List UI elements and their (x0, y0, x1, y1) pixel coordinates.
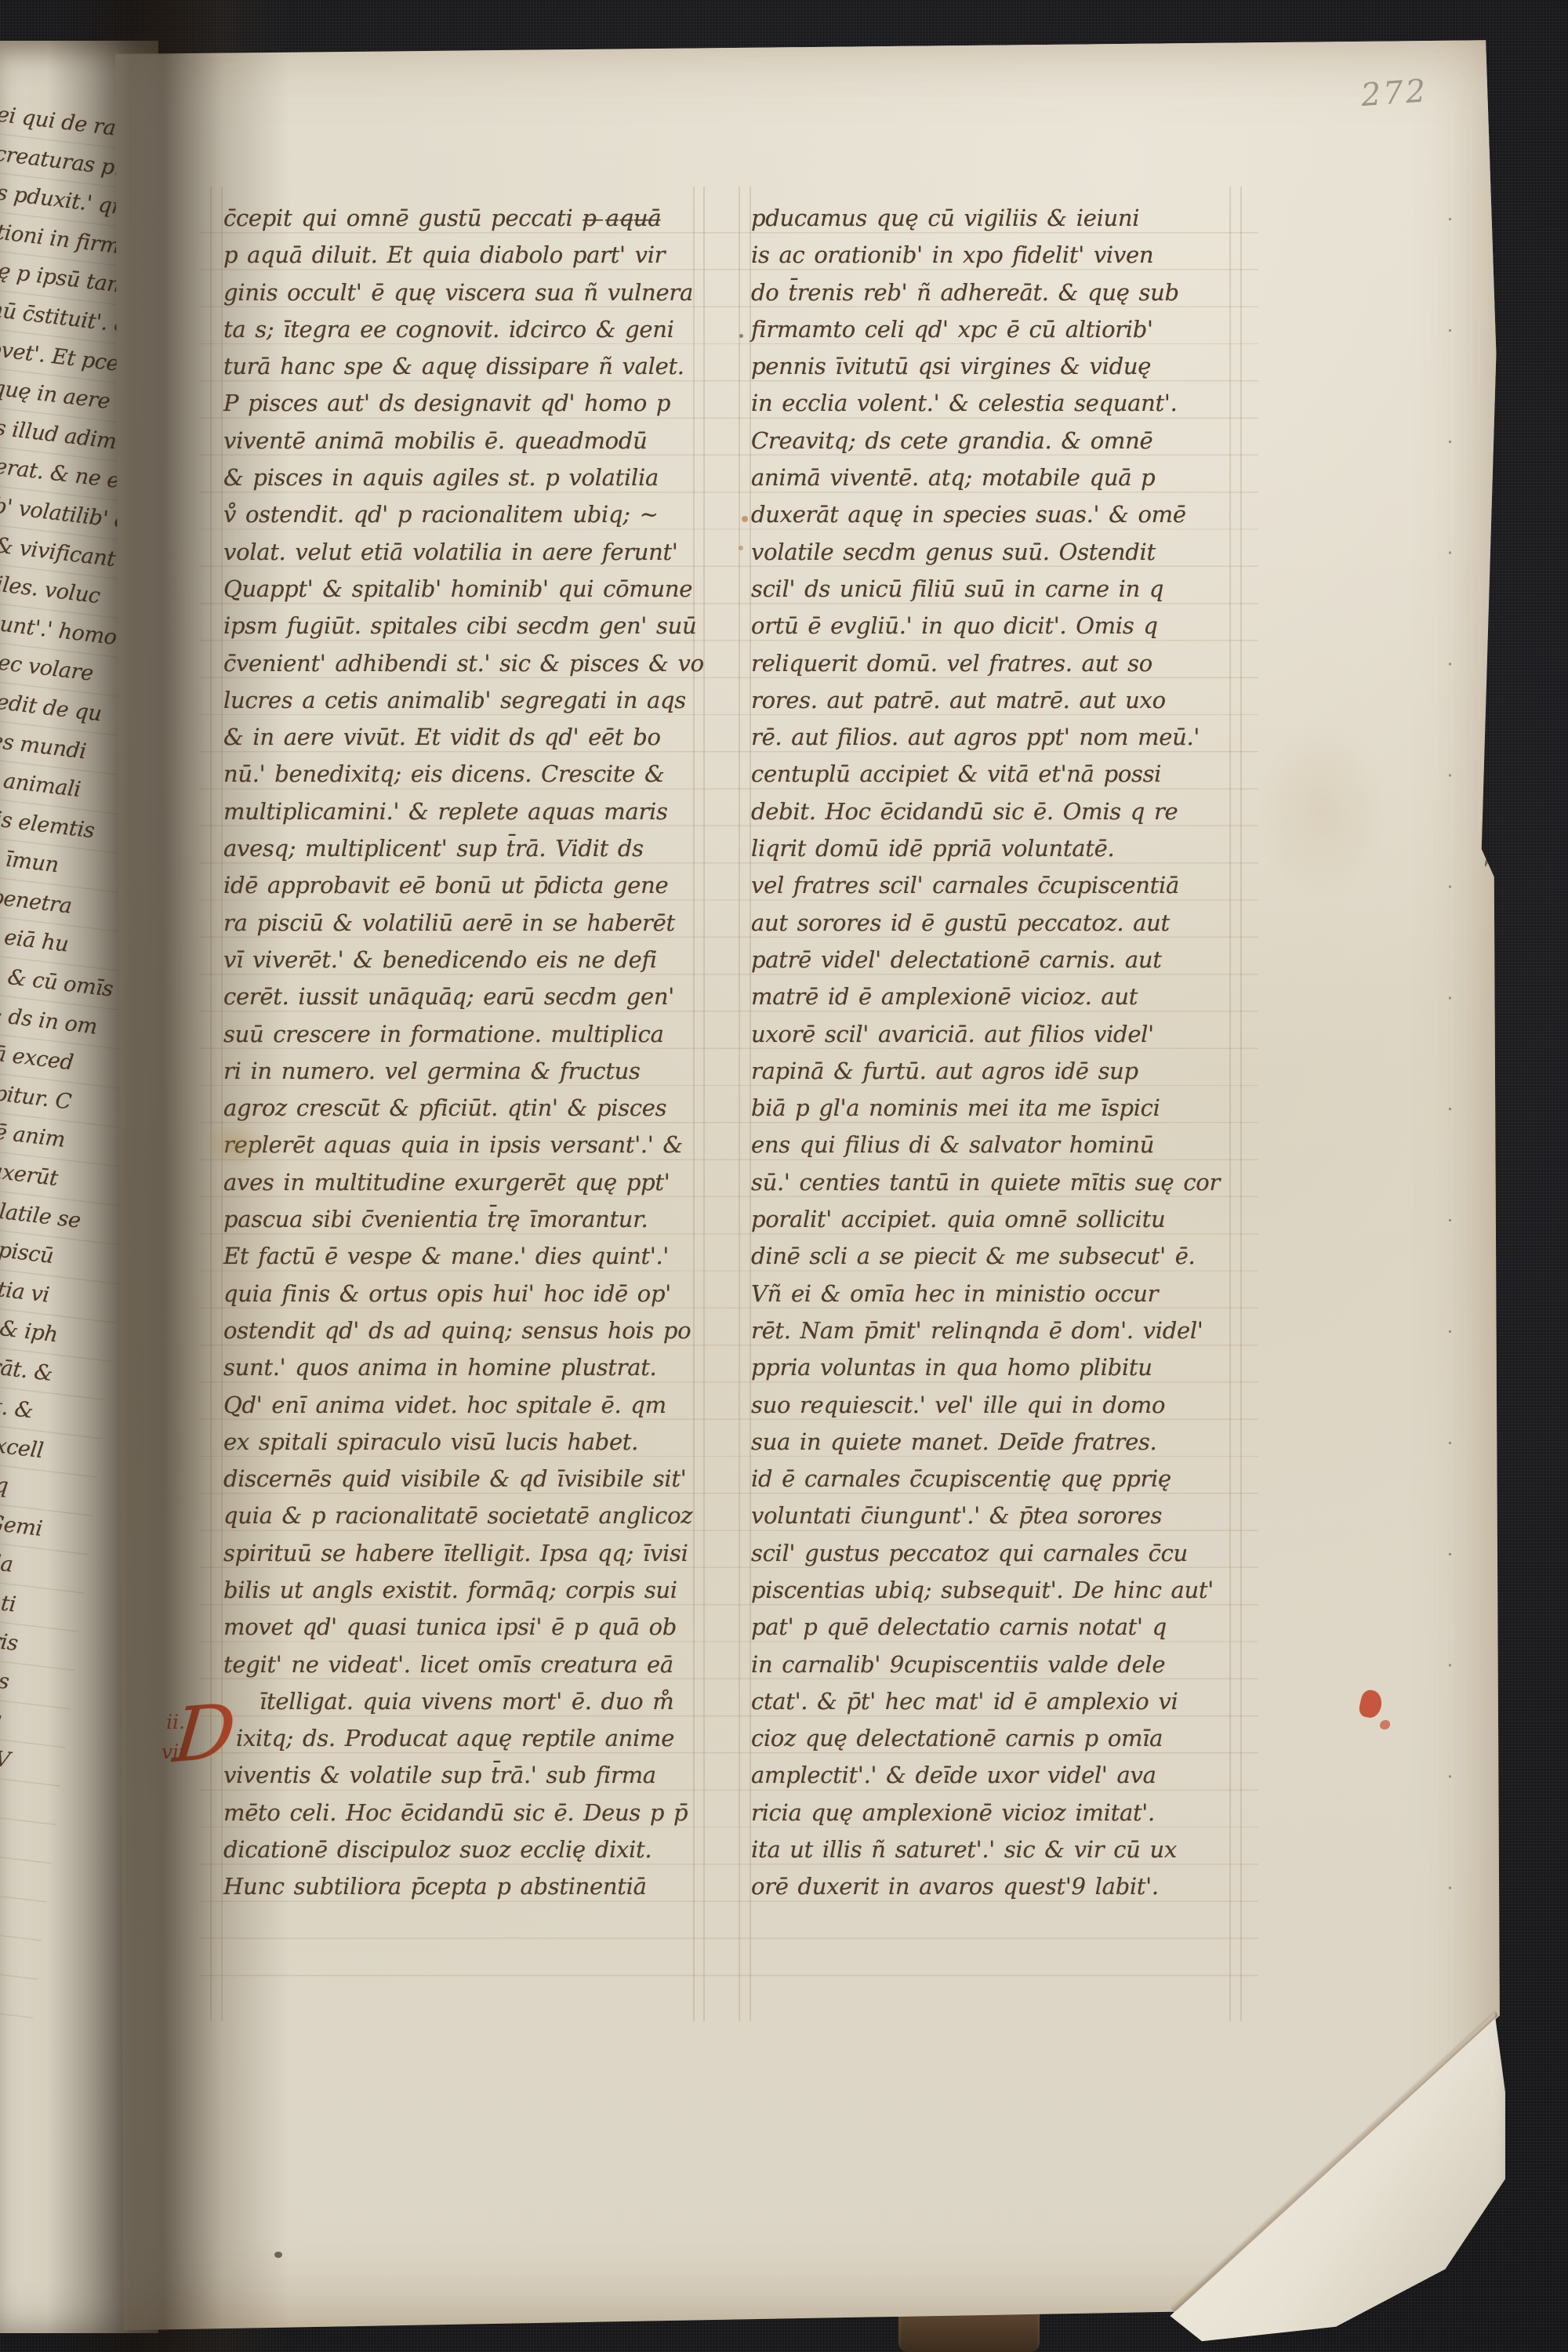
ink-speck (274, 2252, 282, 2258)
manuscript-line: in carnalib' 9cupiscentiis valde dele (751, 1646, 1231, 1683)
pricking-holes (1449, 218, 1451, 1966)
manuscript-line: pascua sibi c̄venientia t̄rę īmorantur. (223, 1201, 694, 1238)
manuscript-line: biā p gl'a nominis mei ita me īspici (751, 1090, 1231, 1127)
manuscript-line: ipsm fugiūt. spitales cibi secdm gen' su… (223, 608, 694, 644)
text-column-left: c̄cepit qui omnē gustū peccati p̶ ̶a̶q̶u… (223, 200, 694, 1906)
manuscript-line: pennis īvitutū qsi virgines & viduę (751, 348, 1231, 385)
manuscript-line: ra pisciū & volatiliū aerē in se haberēt (223, 905, 694, 942)
manuscript-line: avesq; multiplicent' sup t̄rā. Vidit ds (223, 830, 694, 867)
ruling-vertical-line (739, 187, 740, 2021)
parchment-stain (204, 1123, 267, 1167)
manuscript-line: p aquā diluit. Et quia diabolo part' vir (223, 237, 694, 274)
chapter-numeral: vii (162, 1742, 185, 1762)
manuscript-line: nū.' benedixitq; eis dicens. Crescite & (223, 756, 694, 793)
manuscript-line: Et factū ē vespe & mane.' dies quint'.' (223, 1238, 694, 1275)
manuscript-line: & in aere vivūt. Et vidit ds qd' eēt bo (223, 719, 694, 756)
manuscript-line: Creavitq; ds cete grandia. & omnē (751, 423, 1231, 459)
manuscript-line: rapinā & furtū. aut agros idē sup (751, 1053, 1231, 1090)
pigment-speck (742, 516, 748, 522)
manuscript-line: agroz crescūt & pficiūt. qtin' & pisces (223, 1090, 694, 1127)
manuscript-line: ita ut illis ñ saturet'.' sic & vir cū u… (751, 1831, 1231, 1868)
manuscript-line: & pisces in aquis agiles st. p volatilia (223, 459, 694, 496)
photo-background: ei qui de ramis acreaturas primilis pdux… (0, 0, 1568, 2352)
manuscript-line: Qd' enī anima videt. hoc spitale ē. qm (223, 1387, 694, 1424)
manuscript-line: ppria voluntas in qua homo plibitu (751, 1349, 1231, 1386)
manuscript-line: v̊ ostendit. qd' p racionalitem ubiq; ~ (223, 496, 694, 533)
manuscript-line: dicationē discipuloz suoz ecclię dixit. (223, 1831, 694, 1868)
manuscript-line: do t̄renis reb' ñ adhereāt. & quę sub (751, 274, 1231, 311)
manuscript-line: uxorē scil' avariciā. aut filios videl' (751, 1016, 1231, 1053)
manuscript-line: liqrit domū idē ppriā voluntatē. (751, 830, 1231, 867)
manuscript-line: pat' p quē delectatio carnis notat' q (751, 1609, 1231, 1646)
manuscript-line: piscentias ubiq; subsequit'. De hinc aut… (751, 1572, 1231, 1609)
manuscript-line: sū.' centies tantū in quiete mītis suę c… (751, 1164, 1231, 1201)
red-pigment-speck (1380, 1720, 1390, 1730)
manuscript-line: centuplū accipiet & vitā et'nā possi (751, 756, 1231, 793)
red-pigment-stain (1358, 1689, 1385, 1720)
manuscript-line: replerēt aquas quia in ipsis versant'.' … (223, 1127, 694, 1163)
manuscript-line: rores. aut patrē. aut matrē. aut uxo (751, 682, 1231, 719)
manuscript-line: ixitq; ds. Producat aquę reptile anime (236, 1720, 694, 1757)
manuscript-line: matrē id ē amplexionē vicioz. aut (751, 978, 1231, 1015)
pigment-speck (739, 546, 743, 550)
manuscript-line: aut sorores id ē gustū peccatoz. aut (751, 905, 1231, 942)
manuscript-line: id ē carnales c̄cupiscentię quę pprię (751, 1461, 1231, 1497)
text-column-right: pducamus quę cū vigiliis & ieiuniis ac o… (751, 200, 1231, 1906)
manuscript-line: suo requiescit.' vel' ille qui in domo (751, 1387, 1231, 1424)
manuscript-line: lucres a cetis animalib' segregati in aq… (223, 682, 694, 719)
manuscript-line: ostendit qd' ds ad quinq; sensus hois po (223, 1312, 694, 1349)
ruling-vertical-line (1240, 187, 1242, 2021)
manuscript-line: ens qui filius di & salvator hominū (751, 1127, 1231, 1163)
manuscript-line: ri in numero. vel germina & fructus (223, 1053, 694, 1090)
manuscript-line: multiplicamini.' & replete aquas maris (223, 793, 694, 830)
manuscript-line: Hunc subtiliora p̄cepta p abstinentiā (223, 1868, 694, 1905)
manuscript-line: pducamus quę cū vigiliis & ieiuni (751, 200, 1231, 237)
manuscript-line: Quappt' & spitalib' hominib' qui cōmune (223, 571, 694, 608)
manuscript-line: movet qd' quasi tunica ipsi' ē p quā ob (223, 1609, 694, 1646)
manuscript-line: P pisces aut' ds designavit qd' homo p (223, 385, 694, 422)
edge-tear (1483, 848, 1492, 867)
manuscript-line: vel fratres scil' carnales c̄cupiscentiā (751, 867, 1231, 904)
manuscript-line: voluntati c̄iungunt'.' & p̄tea sorores (751, 1497, 1231, 1534)
manuscript-line: spirituū se habere ītelligit. Ipsa qq; ī… (223, 1535, 694, 1572)
manuscript-line: rēt. Nam p̄mit' relinqnda ē dom'. videl' (751, 1312, 1231, 1349)
manuscript-line: volat. velut etiā volatilia in aere feru… (223, 534, 694, 571)
manuscript-line: volatile secdm genus suū. Ostendit (751, 534, 1231, 571)
manuscript-line: idē approbavit eē bonū ut p̄dicta gene (223, 867, 694, 904)
manuscript-line: mēto celi. Hoc ēcidandū sic ē. Deus p p̄ (223, 1795, 694, 1831)
margin-dot (739, 334, 743, 338)
manuscript-page: 272 c̄cepit qui omnē gustū peccati p̶ ̶a… (110, 30, 1505, 2344)
manuscript-line: dinē scli a se piecit & me subsecut' ē. (751, 1238, 1231, 1275)
manuscript-line: ītelligat. quia vivens mort' ē. duo m̊ (260, 1683, 694, 1720)
manuscript-line: patrē videl' delectationē carnis. aut (751, 942, 1231, 978)
manuscript-line: turā hanc spe & aquę dissipare ñ valet. (223, 348, 694, 385)
manuscript-line: is ac orationib' in xpo fidelit' viven (751, 237, 1231, 274)
manuscript-line: duxerāt aquę in species suas.' & omē (751, 496, 1231, 533)
ruling-vertical-line (703, 187, 705, 2021)
manuscript-line: ctat'. & p̄t' hec mat' id ē amplexio vi (751, 1683, 1231, 1720)
manuscript-line: scil' gustus peccatoz qui carnales c̄cu (751, 1535, 1231, 1572)
manuscript-line: cerēt. iussit unāquāq; earū secdm gen' (223, 978, 694, 1015)
manuscript-line: quia & p racionalitatē societatē anglico… (223, 1497, 694, 1534)
manuscript-line: vī viverēt.' & benedicendo eis ne defi (223, 942, 694, 978)
manuscript-line: ta s; ītegra ee cognovit. idcirco & geni (223, 311, 694, 348)
manuscript-line: Vñ ei & omīa hec in ministio occur (751, 1276, 1231, 1312)
red-initial-d: D (169, 1680, 234, 1795)
manuscript-line: rē. aut filios. aut agros ppt' nom meū.' (751, 719, 1231, 756)
manuscript-line: in ecclia volent.' & celestia sequant'. (751, 385, 1231, 422)
manuscript-line: firmamto celi qd' xpc ē cū altiorib' (751, 311, 1231, 348)
folio-number: 272 (1359, 73, 1428, 114)
manuscript-line: cioz quę delectationē carnis p omīa (751, 1720, 1231, 1757)
manuscript-line: debit. Hoc ēcidandū sic ē. Omis q re (751, 793, 1231, 830)
manuscript-line: sunt.' quos anima in homine plustrat. (223, 1349, 694, 1386)
manuscript-line: amplectit'.' & deīde uxor videl' ava (751, 1757, 1231, 1794)
manuscript-line: ginis occult' ē quę viscera sua ñ vulner… (223, 274, 694, 311)
manuscript-line: aves in multitudine exurgerēt quę ppt' (223, 1164, 694, 1201)
manuscript-line: viventē animā mobilis ē. queadmodū (223, 423, 694, 459)
manuscript-line: c̄cepit qui omnē gustū peccati p̶ ̶a̶q̶u… (223, 200, 694, 237)
manuscript-line: animā viventē. atq; motabile quā p (751, 459, 1231, 496)
manuscript-line: scil' ds unicū filiū suū in carne in q (751, 571, 1231, 608)
manuscript-line: bilis ut angls existit. formāq; corpis s… (223, 1572, 694, 1609)
manuscript-line: orē duxerit in avaros quest'9 labit'. (751, 1868, 1231, 1905)
manuscript-line: ricia quę amplexionē vicioz imitat'. (751, 1795, 1231, 1831)
manuscript-line: viventis & volatile sup t̄rā.' sub firma (223, 1757, 694, 1794)
manuscript-line: ex spitali spiraculo visū lucis habet. (223, 1424, 694, 1461)
manuscript-line: ortū ē evgliū.' in quo dicit'. Omis q (751, 608, 1231, 644)
manuscript-line: reliquerit domū. vel fratres. aut so (751, 645, 1231, 682)
manuscript-line: c̄venient' adhibendi st.' sic & pisces &… (223, 645, 694, 682)
parchment-foxing (1254, 720, 1388, 900)
manuscript-line: poralit' accipiet. quia omnē sollicitu (751, 1201, 1231, 1238)
manuscript-line: discernēs quid visibile & qd īvisibile s… (223, 1461, 694, 1497)
manuscript-line: sua in quiete manet. Deīde fratres. (751, 1424, 1231, 1461)
manuscript-line: suū crescere in formatione. multiplica (223, 1016, 694, 1053)
manuscript-line: quia finis & ortus opis hui' hoc idē op' (223, 1276, 694, 1312)
manuscript-line: tegit' ne videat'. licet omīs creatura e… (223, 1646, 694, 1683)
chapter-numeral: ii. (166, 1712, 185, 1733)
